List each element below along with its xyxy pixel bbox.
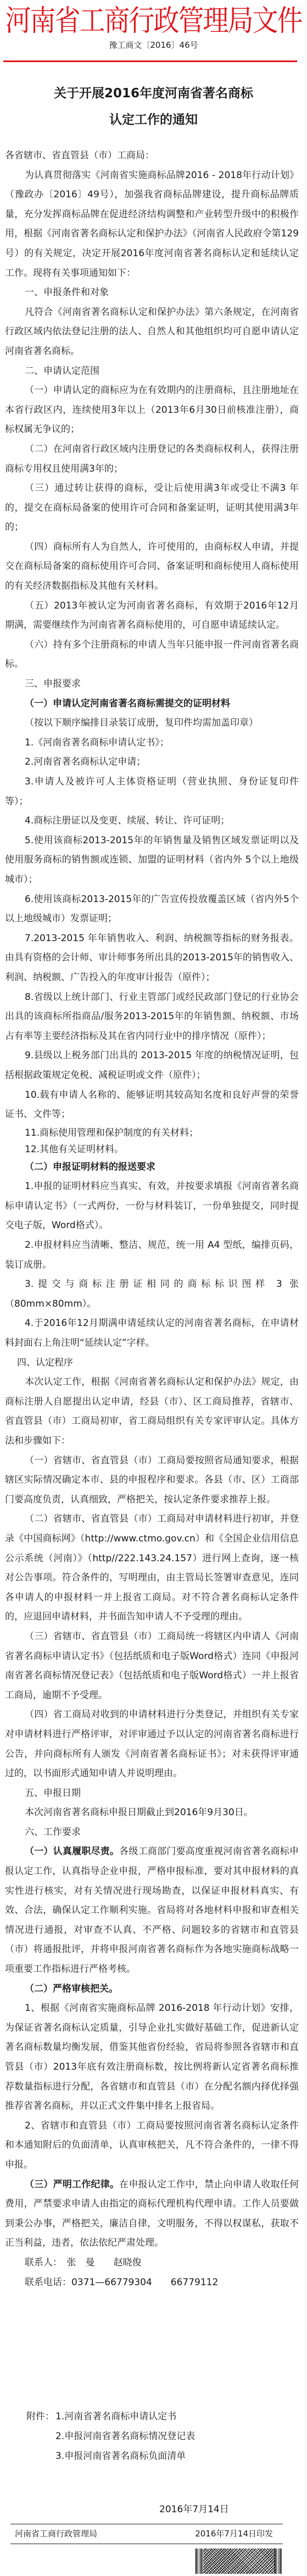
section-4-text: 本次认定工作，根据《河南省著名商标认定和保护办法》规定，由商标注册人自愿提出认定… — [5, 1373, 299, 1451]
section-3-heading: 三、申报要求 — [5, 675, 299, 694]
section-3-sub2-heading: （二）申报证明材料的报送要求 — [5, 1158, 299, 1178]
material-item: 6.使用该商标2013-2015年的广告宣传投放覆盖区域（省内外5个以上地级城市… — [5, 890, 299, 929]
attachment-row: 附件： 1.河南省著名商标申请认定书 — [26, 2407, 195, 2426]
section-4-heading: 四、认定程序 — [5, 1353, 299, 1373]
section-2-heading: 二、申请认定范围 — [5, 362, 299, 382]
footer-bottom-rule — [10, 2544, 283, 2544]
requirement-item-1-text: 各级工商部门要高度重视河南省著名商标申报认定工作，认真指导企业申报，严格申报标准… — [5, 1846, 299, 1975]
attachment-row: 2.申报河南省著名商标情况登记表 — [26, 2426, 195, 2446]
section-2-item: （三）通过转让获得的商标，受让后使用满3年或受让不满3 年的，提交在商标局备案的… — [5, 479, 299, 538]
submission-item: 4.于2016年12月期满申请延续认定的河南省著名商标，在申请材料封面右上角注明… — [5, 1314, 299, 1353]
material-item: 4.商标注册证以及变更、续展、转让、许可证明； — [5, 811, 299, 831]
attachments-label: 附件： — [26, 2407, 55, 2426]
procedure-item: （四）省工商局对收到的申请材料进行分类登记，并组织有关专家对申请材料进行严格评审… — [5, 1705, 299, 1783]
submission-item: 1.申报的证明材料应当真实、有效，并按要求填报《河南省著名商标申请认定书》（一式… — [5, 1177, 299, 1236]
document-title-line2: 认定工作的通知 — [0, 112, 307, 128]
material-item: 9.县级以上税务部门出具的 2013-2015 年度的纳税情况证明，包括根据政策… — [5, 1046, 299, 1085]
section-2-item: （五）2013年被认定为河南省著名商标，有效期于2016年12月期满，需要继续作… — [5, 596, 299, 635]
attachments-list: 附件： 1.河南省著名商标申请认定书 2.申报河南省著名商标情况登记表 3.申报… — [26, 2407, 195, 2466]
footer-issue-date: 2016年7月14日印发 — [195, 2528, 273, 2539]
section-3-sub1-note: （按以下顺序编排目录装订成册，复印件均需加盖印章） — [5, 714, 299, 733]
section-2-item: （二）在河南省行政区域内注册登记的各类商标权利人，获得注册商标专用权且使用满3年… — [5, 440, 299, 479]
contact-person: 联系人： 张 曼 赵晓俊 — [5, 2253, 299, 2273]
attachment-row: 3.申报河南省著名商标负面清单 — [26, 2446, 195, 2466]
intro-paragraph: 为认真贯彻落实《河南省实施商标品牌2016 - 2018年行动计划》（豫政办〔2… — [5, 166, 299, 284]
attachment-item[interactable]: 2.申报河南省著名商标情况登记表 — [55, 2426, 195, 2446]
salutation: 各省辖市、省直管县（市）工商局： — [5, 146, 299, 166]
material-item: 5.使用该商标2013-2015年的年销售量及销售区域发票证明以及使用服务商标的… — [5, 831, 299, 890]
requirement-item-3-title: （三）严明工作纪律。 — [25, 2179, 119, 2190]
document-number: 豫工商文〔2016〕46号 — [0, 40, 307, 51]
pdf417-barcode-icon — [196, 2549, 282, 2574]
requirement-item-3: （三）严明工作纪律。在申报认定工作中，禁止向申请人收取任何费用，严禁要求申请人由… — [5, 2175, 299, 2253]
section-1-text: 凡符合《河南省著名商标认定和保护办法》第六条规定，在河南省行政区域内依法登记注册… — [5, 303, 299, 362]
requirement-item-2-title: （二）严格审核把关。 — [5, 1980, 299, 1999]
section-5-heading: 五、申报日期 — [5, 1784, 299, 1804]
material-item: 1.《河南省著名商标申请认定书》； — [5, 733, 299, 753]
submission-item: 2.申报材料应当清晰、整洁、规范，统一用 A4 型纸，编排页码，装订成册。 — [5, 1236, 299, 1275]
section-3-sub1-heading: （一）申请认定河南省著名商标需提交的证明材料 — [5, 694, 299, 714]
material-item: 12.其他有关证明材料。 — [5, 1141, 299, 1158]
signature-date: 2016年7月14日 — [159, 2501, 229, 2515]
attachment-item[interactable]: 1.河南省著名商标申请认定书 — [55, 2407, 176, 2426]
section-6-heading: 六、工作要求 — [5, 1823, 299, 1843]
material-item: 2.河南省著名商标认定申请； — [5, 753, 299, 772]
document-masthead: 河南省工商行政管理局文件 — [0, 3, 307, 39]
attachment-item[interactable]: 3.申报河南省著名商标负面清单 — [55, 2446, 186, 2466]
procedure-item: （三）省辖市、省直管县（市）工商局统一将辖区内申请人《河南省著名商标申请认定书》… — [5, 1627, 299, 1705]
material-item: 7.2013-2015 年年销售收入、利润、纳税额等指标的财务报表。由具有资格的… — [5, 929, 299, 988]
red-divider — [3, 60, 297, 62]
requirement-item-2-sub: 1、根据《河南省实施商标品牌 2016-2018 年行动计划》安排，为保证省著名… — [5, 1999, 299, 2116]
submission-item: 3.提交与商标注册证相同的商标标识图样 3 张（80mm×80mm）。 — [5, 1275, 299, 1314]
material-item: 11.商标使用管理和保护制度的有关材料； — [5, 1125, 299, 1141]
material-item: 10.载有申请人名称的、能够证明其较高知名度和良好声誉的荣誉证书、文件等； — [5, 1086, 299, 1125]
section-2-item: （六）持有多个注册商标的申请人当年只能申报一件河南省著名商标。 — [5, 635, 299, 675]
contact-phone: 联系电话：0371—66779304 66779112 — [5, 2273, 299, 2293]
section-2-item: （四）商标所有人为自然人，许可使用的，由商标权人申请，并提交在商标局备案的商标使… — [5, 538, 299, 596]
material-item: 8.省级以上统计部门、行业主管部门或经民政部门登记的行业协会出具的该商标所指商品… — [5, 988, 299, 1047]
section-2-item: （一）申请认定的商标应为在有效期内的注册商标，且注册地址在本省行政区内，连续使用… — [5, 381, 299, 440]
footer-issuer: 河南省工商行政管理局 — [15, 2528, 97, 2539]
requirement-item-1: （一）认真履职尽责。各级工商部门要高度重视河南省著名商标申报认定工作，认真指导企… — [5, 1842, 299, 1979]
requirement-item-1-title: （一）认真履职尽责。 — [25, 1846, 119, 1857]
procedure-item: （一）省辖市、省直管县（市）工商局要按照省局通知要求，根据辖区实际情况确定本市、… — [5, 1451, 299, 1510]
procedure-item: （二）省辖市、省直管县（市）工商局对申请材料进行初审，并登录《中国商标网》（ht… — [5, 1510, 299, 1627]
issuance-footer: 河南省工商行政管理局 2016年7月14日印发 — [15, 2528, 273, 2539]
requirement-item-2-sub: 2、省辖市和直管县（市）工商局要按照河南省著名商标认定条件和本通知附后的负面清单… — [5, 2116, 299, 2175]
document-title-line1: 关于开展2016年度河南省著名商标 — [0, 85, 307, 102]
material-item: 3.申请人及被许可人主体资格证明（营业执照、身份证复印件等）； — [5, 772, 299, 811]
document-body: 各省辖市、省直管县（市）工商局： 为认真贯彻落实《河南省实施商标品牌2016 -… — [5, 146, 299, 2292]
section-5-text: 本次河南省著名商标申报日期截止到2016年9月30日。 — [5, 1803, 299, 1823]
section-1-heading: 一、申报条件和对象 — [5, 283, 299, 303]
footer-top-rule — [10, 2524, 283, 2524]
